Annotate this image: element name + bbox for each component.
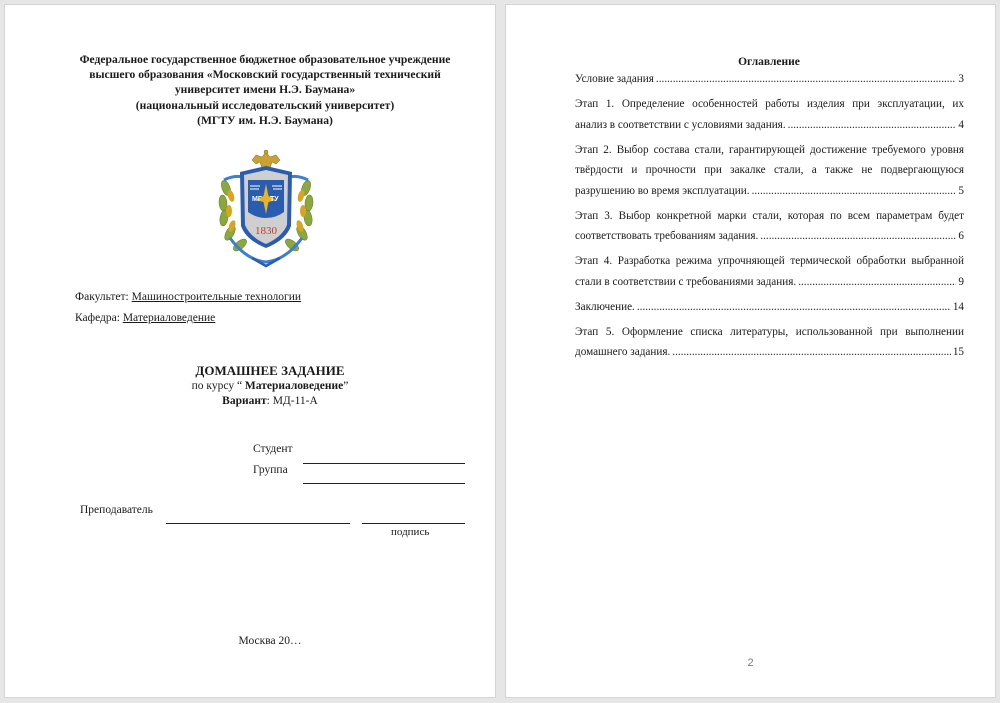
- city-year: Москва 20…: [65, 635, 475, 647]
- toc-entry-last-line: Заключение.14: [575, 297, 964, 318]
- toc-leader-dots: [788, 115, 957, 136]
- toc-entry-text: соответствовать требованиям задания.: [575, 226, 758, 247]
- toc-entry-text: Заключение.: [575, 297, 635, 318]
- toc-page-number: 15: [953, 342, 964, 363]
- course-name: Материаловедение: [245, 380, 343, 392]
- toc-page-number: 9: [958, 272, 964, 293]
- institution-line: (МГТУ им. Н.Э. Баумана): [55, 113, 475, 128]
- toc-entry-text: стали в соответствии с требованиями зада…: [575, 272, 796, 293]
- close-quote: ”: [343, 380, 348, 392]
- toc-page-number: 6: [958, 226, 964, 247]
- toc-entry-text: Условие задания: [575, 69, 654, 90]
- institution-line: (национальный исследовательский универси…: [55, 98, 475, 113]
- institution-line: университет имени Н.Э. Баумана»: [55, 82, 475, 97]
- department-field: Кафедра: Материаловедение: [75, 312, 215, 324]
- signature-caption: подпись: [391, 526, 429, 538]
- teacher-label: Преподаватель: [80, 504, 153, 516]
- toc-entry[interactable]: Этап 4. Разработка режима упрочняющей те…: [575, 251, 964, 292]
- institution-line: Федеральное государственное бюджетное об…: [55, 52, 475, 67]
- toc-entry-last-line: анализ в соответствии с условиями задани…: [575, 115, 964, 136]
- variant-value: : МД-11-А: [267, 395, 318, 407]
- toc-entry-text: Этап 4. Разработка режима упрочняющей те…: [575, 251, 964, 272]
- toc-leader-dots: [637, 297, 951, 318]
- toc-page-number: 4: [958, 115, 964, 136]
- faculty-value: Машиностроительные технологии: [132, 291, 301, 303]
- toc-leader-dots: [798, 272, 956, 293]
- toc-entry-text: анализ в соответствии с условиями задани…: [575, 115, 786, 136]
- homework-title: ДОМАШНЕЕ ЗАДАНИЕ: [65, 363, 475, 379]
- department-label: Кафедра:: [75, 312, 123, 324]
- toc-entry-last-line: разрушению во время эксплуатации. 5: [575, 181, 964, 202]
- toc-entry-text: Этап 2. Выбор состава стали, гарантирующ…: [575, 140, 964, 161]
- toc-leader-dots: [672, 342, 951, 363]
- toc-leader-dots: [752, 181, 957, 202]
- group-label: Группа: [253, 464, 288, 476]
- toc-entry-text: Этап 1. Определение особенностей работы …: [575, 94, 964, 115]
- toc-entry[interactable]: Этап 1. Определение особенностей работы …: [575, 94, 964, 135]
- toc-page-number: 3: [958, 69, 964, 90]
- student-signature-line: [303, 463, 465, 464]
- toc-entry-last-line: соответствовать требованиям задания. 6: [575, 226, 964, 247]
- teacher-signature-line: [362, 523, 465, 524]
- faculty-label: Факультет:: [75, 291, 132, 303]
- toc-entry[interactable]: Этап 5. Оформление списка литературы, ис…: [575, 322, 964, 363]
- institution-line: высшего образования «Московский государс…: [55, 67, 475, 82]
- department-value: Материаловедение: [123, 312, 215, 324]
- toc-entry[interactable]: Условие задания3: [575, 69, 964, 90]
- variant-line: Вариант: МД-11-А: [65, 394, 475, 409]
- teacher-name-line: [166, 523, 350, 524]
- course-prefix: по курсу: [192, 380, 237, 392]
- svg-text:ТУ: ТУ: [270, 196, 279, 203]
- title-page: Федеральное государственное бюджетное об…: [5, 5, 495, 697]
- svg-text:МГ: МГ: [252, 196, 262, 203]
- toc-entry-text: домашнего задания.: [575, 342, 670, 363]
- toc-entry-text: твёрдости и прочности при закалке стали,…: [575, 160, 964, 181]
- table-of-contents: Условие задания3Этап 1. Определение особ…: [575, 69, 964, 367]
- group-signature-line: [303, 483, 465, 484]
- toc-entry-last-line: домашнего задания.15: [575, 342, 964, 363]
- svg-text:1830: 1830: [255, 225, 278, 237]
- toc-entry[interactable]: Этап 2. Выбор состава стали, гарантирующ…: [575, 140, 964, 202]
- institution-header: Федеральное государственное бюджетное об…: [55, 52, 475, 128]
- toc-entry-text: Этап 5. Оформление списка литературы, ис…: [575, 322, 964, 343]
- toc-entry-last-line: стали в соответствии с требованиями зада…: [575, 272, 964, 293]
- toc-entry-text: Этап 3. Выбор конкретной марки стали, ко…: [575, 206, 964, 227]
- toc-page-number: 5: [958, 181, 964, 202]
- toc-page-number: 14: [953, 297, 964, 318]
- toc-title: Оглавление: [574, 56, 964, 68]
- course-line: по курсу “ Материаловедение”: [65, 379, 475, 394]
- toc-entry[interactable]: Этап 3. Выбор конкретной марки стали, ко…: [575, 206, 964, 247]
- student-label: Студент: [253, 443, 293, 455]
- toc-page: Оглавление Условие задания3Этап 1. Опред…: [506, 5, 995, 697]
- bmstu-coat-of-arms-icon: МГ ТУ 1830: [216, 148, 316, 270]
- homework-title-block: ДОМАШНЕЕ ЗАДАНИЕ по курсу “ Материаловед…: [65, 363, 475, 409]
- toc-entry-text: разрушению во время эксплуатации.: [575, 181, 750, 202]
- toc-leader-dots: [656, 69, 956, 90]
- toc-leader-dots: [760, 226, 956, 247]
- toc-entry-last-line: Условие задания3: [575, 69, 964, 90]
- page-number: 2: [506, 657, 995, 669]
- open-quote: “: [237, 380, 245, 392]
- toc-entry[interactable]: Заключение.14: [575, 297, 964, 318]
- variant-label: Вариант: [222, 395, 266, 407]
- faculty-field: Факультет: Машиностроительные технологии: [75, 291, 301, 303]
